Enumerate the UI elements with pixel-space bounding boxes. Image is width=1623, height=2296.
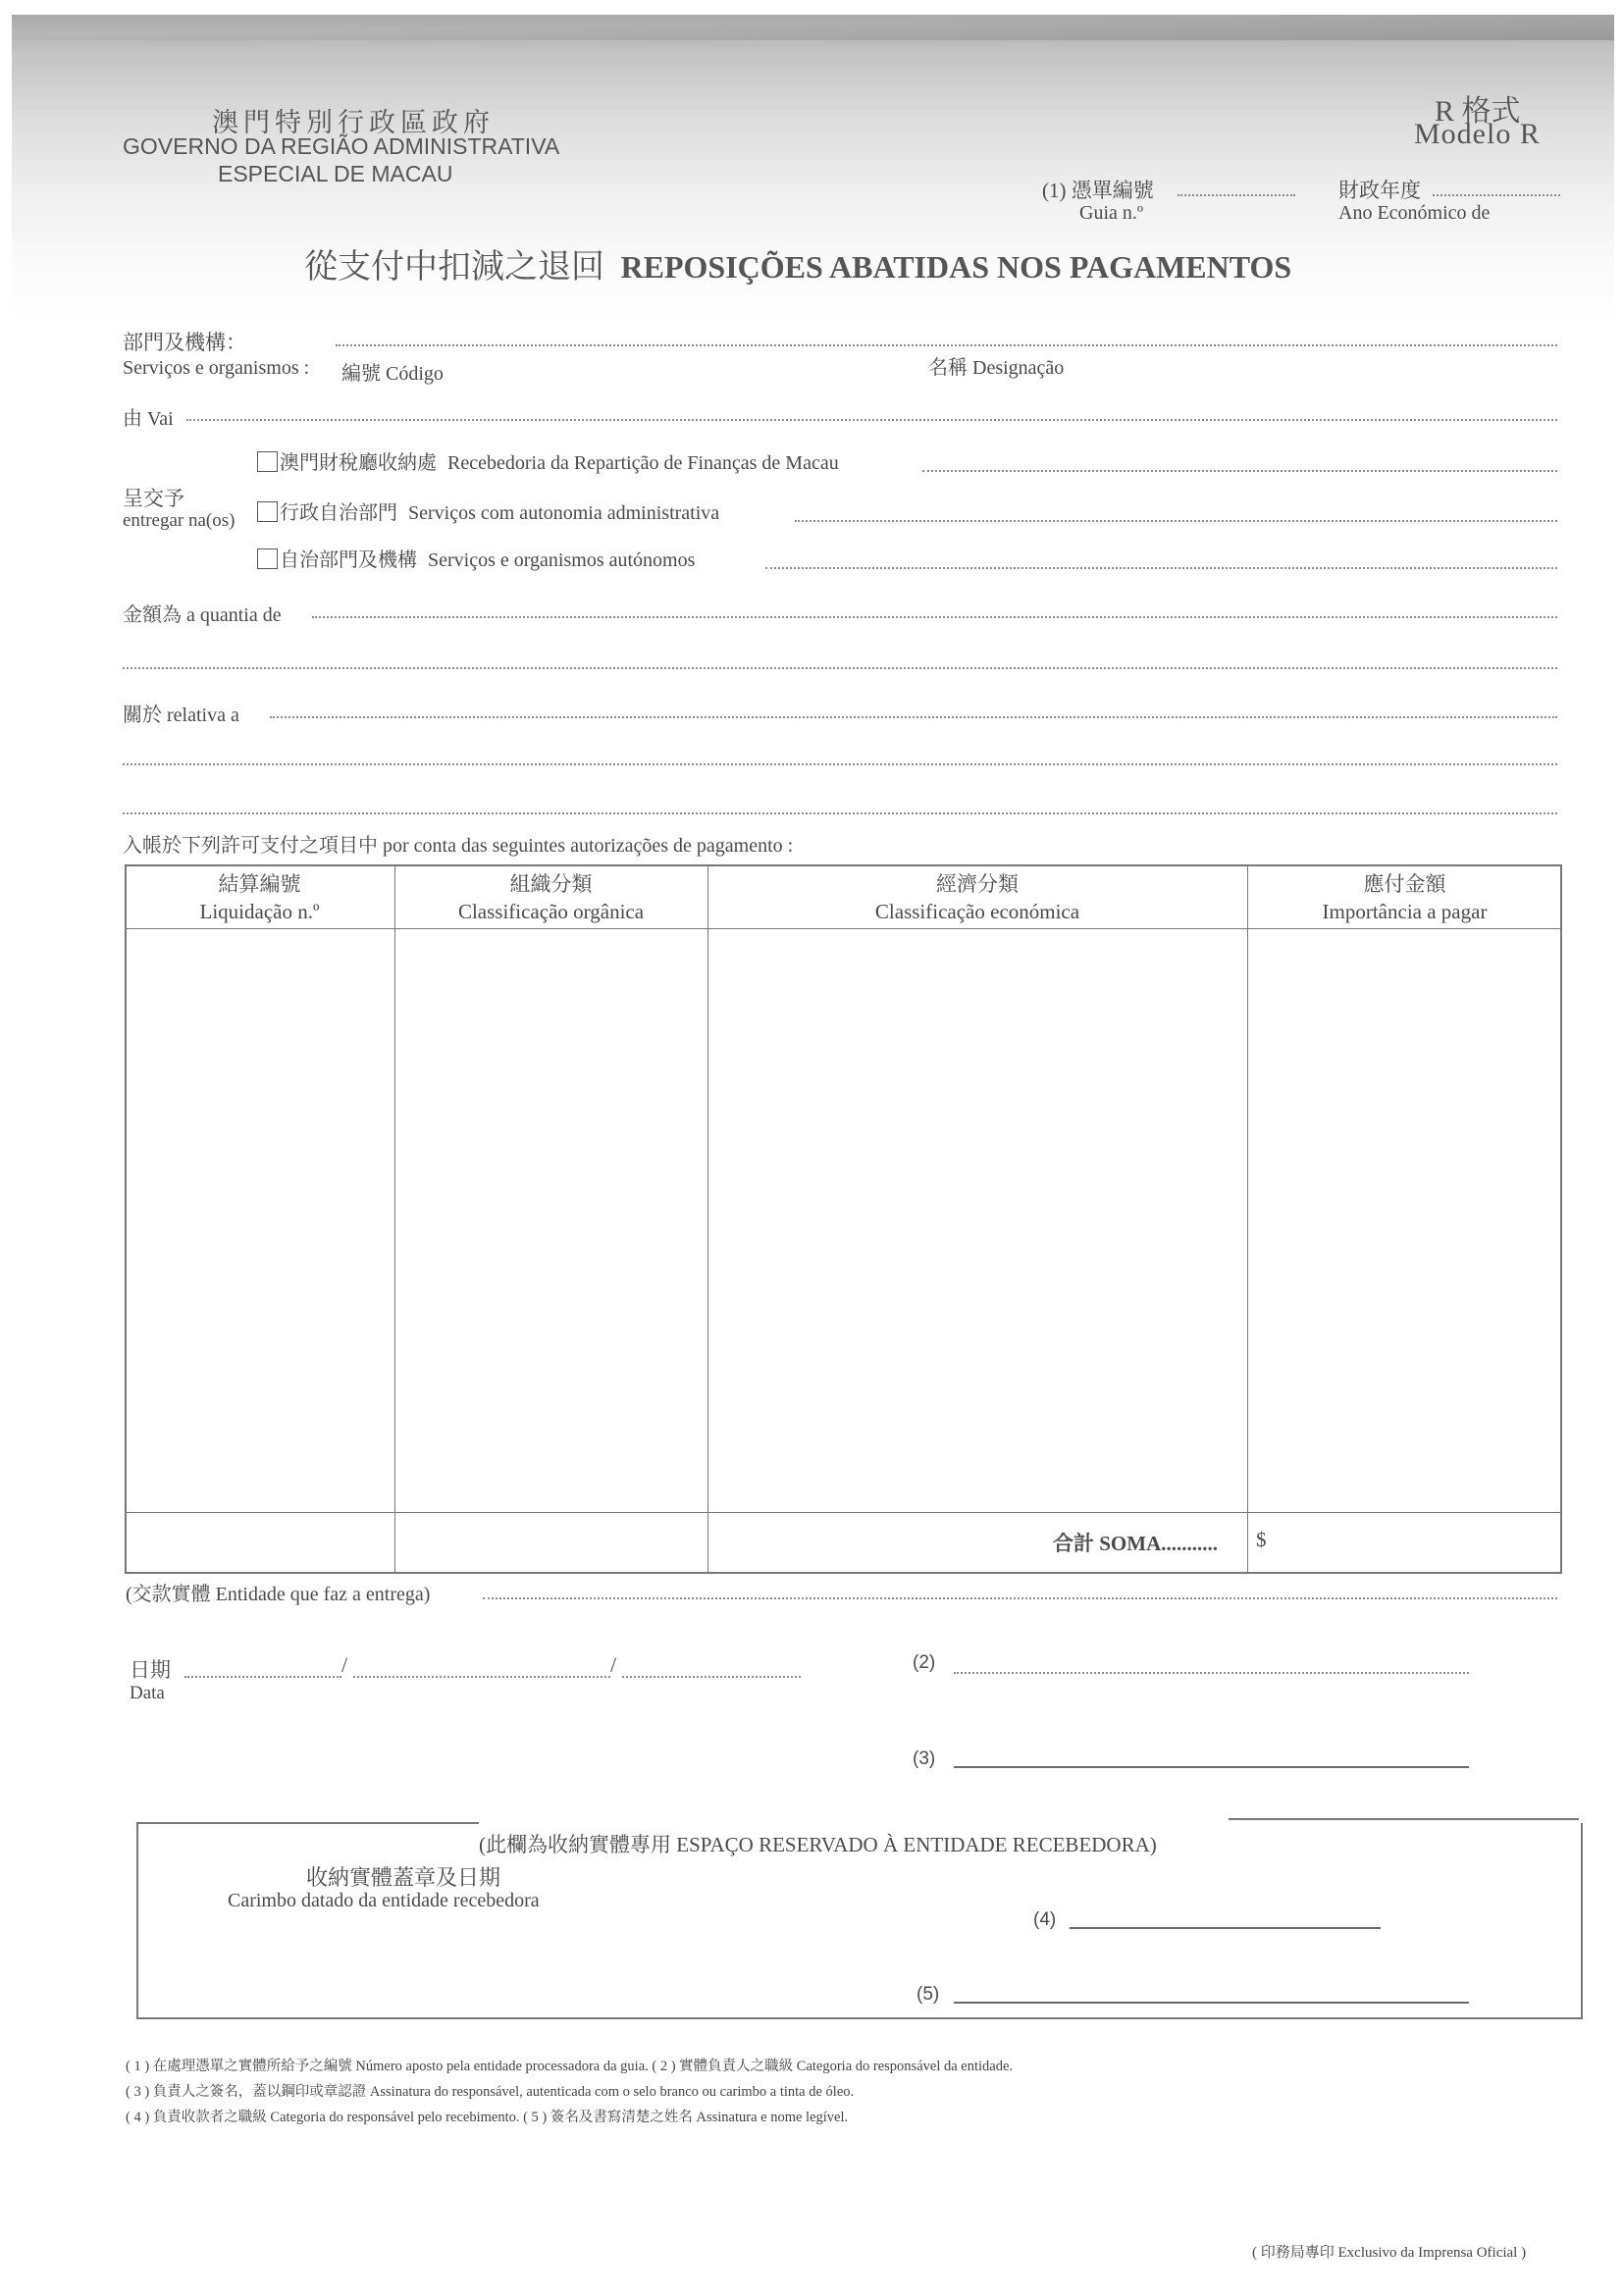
data-label-zh: 日期 <box>130 1654 171 1684</box>
column-header-pt: Liquidação n.º <box>125 898 394 925</box>
reserved-title: (此欄為收納實體專用 ESPAÇO RESERVADO À ENTIDADE R… <box>479 1829 1157 1858</box>
vai-field[interactable] <box>186 419 1557 421</box>
servicos-field[interactable] <box>336 344 1557 346</box>
column-header-zh: 結算編號 <box>125 870 394 898</box>
cell-organica[interactable] <box>396 930 707 1511</box>
autorizacoes-label: 入帳於下列許可支付之項目中 por conta das seguintes au… <box>123 829 793 858</box>
entregar-label-pt: entregar na(os) <box>123 510 235 532</box>
column-header-importancia: 應付金額 Importância a pagar <box>1247 870 1562 925</box>
table-header-divider <box>125 928 1562 929</box>
option-label-pt: Recebedoria da Repartição de Finanças de… <box>447 452 839 474</box>
column-header-zh: 應付金額 <box>1247 870 1562 898</box>
sig5-field[interactable] <box>954 2002 1469 2004</box>
column-header-economica: 經濟分類 Classificação económica <box>707 870 1247 925</box>
gov-name-portuguese-1: GOVERNO DA REGIÃO ADMINISTRATIVA <box>123 133 559 160</box>
stamp-area[interactable] <box>142 1923 829 2011</box>
soma-label: 合計 SOMA........... <box>1053 1528 1218 1557</box>
quantia-field[interactable] <box>312 616 1557 618</box>
sig5-label: (5) <box>916 1984 939 2006</box>
option-label-zh: 澳門財稅廳收納處 <box>280 452 437 474</box>
footnote-3: ( 3 ) 負責人之簽名，蓋以鋼印或章認證 Assinatura do resp… <box>126 2080 854 2101</box>
servicos-label-zh: 部門及機構： <box>123 327 246 356</box>
footnote-1-2: ( 1 ) 在處理憑單之實體所給予之編號 Número aposto pela … <box>126 2055 1013 2075</box>
vai-label: 由 Vai <box>123 402 174 431</box>
designacao-label: 名稱 Designação <box>928 351 1064 380</box>
relativa-field-line-2[interactable] <box>123 763 1557 765</box>
ano-label-pt: Ano Económico de <box>1338 202 1490 225</box>
date-separator-1: / <box>341 1652 347 1678</box>
guia-label-pt: Guia n.º <box>1079 202 1143 225</box>
table-col-divider-2 <box>707 864 708 1574</box>
entregar-option-autonomia[interactable]: 行政自治部門 Serviços com autonomia administra… <box>257 496 719 525</box>
option-label-zh: 行政自治部門 <box>280 502 397 524</box>
quantia-label: 金額為 a quantia de <box>123 599 282 627</box>
sig2-label: (2) <box>913 1652 935 1674</box>
servicos-label-pt: Serviços e organismos : <box>123 357 309 380</box>
autonomia-field[interactable] <box>795 520 1557 522</box>
column-header-organica: 組織分類 Classificação orgânica <box>394 870 707 925</box>
title-portuguese: REPOSIÇÕES ABATIDAS NOS PAGAMENTOS <box>621 249 1292 285</box>
checkbox-recebedoria[interactable] <box>257 451 278 472</box>
sig3-field[interactable] <box>954 1766 1469 1768</box>
date-month-field[interactable] <box>353 1676 610 1678</box>
column-header-zh: 組織分類 <box>394 870 707 898</box>
printer-note: ( 印務局專印 Exclusivo da Imprensa Oficial ) <box>1252 2241 1526 2262</box>
model-portuguese: Modelo R <box>1414 118 1541 151</box>
guia-label-zh: (1) 憑單編號 <box>1042 175 1154 204</box>
soma-currency: $ <box>1256 1528 1267 1552</box>
entregar-option-autonomos[interactable]: 自治部門及機構 Serviços e organismos autónomos <box>257 544 695 572</box>
column-header-pt: Classificação orgânica <box>394 898 707 925</box>
date-year-field[interactable] <box>622 1676 801 1678</box>
option-label-pt: Serviços e organismos autónomos <box>428 549 695 571</box>
carimbo-label-zh: 收納實體蓋章及日期 <box>306 1861 500 1892</box>
page-title: 從支付中扣減之退回 REPOSIÇÕES ABATIDAS NOS PAGAME… <box>304 239 1291 287</box>
codigo-label: 編號 Código <box>341 357 444 386</box>
quantia-field-line-2[interactable] <box>123 667 1557 669</box>
option-label-zh: 自治部門及機構 <box>280 549 417 571</box>
table-sum-divider <box>125 1512 1562 1513</box>
entregar-option-recebedoria[interactable]: 澳門財稅廳收納處 Recebedoria da Repartição de Fi… <box>257 446 839 475</box>
ano-label-zh: 財政年度 <box>1338 175 1421 204</box>
gov-name-portuguese-2: ESPECIAL DE MACAU <box>218 161 452 187</box>
cell-economica[interactable] <box>709 930 1246 1511</box>
date-day-field[interactable] <box>184 1676 341 1678</box>
table-col-divider-3 <box>1247 864 1248 1574</box>
option-label-pt: Serviços com autonomia administrativa <box>408 502 719 524</box>
entrega-field[interactable] <box>483 1597 1557 1599</box>
sig2-field[interactable] <box>954 1672 1469 1674</box>
sig3-label: (3) <box>913 1748 935 1770</box>
checkbox-autonomia[interactable] <box>257 501 278 522</box>
column-header-pt: Classificação económica <box>707 898 1247 925</box>
cell-liquidacao[interactable] <box>127 930 393 1511</box>
reserved-box-top-left <box>136 1822 479 1824</box>
table-col-divider-1 <box>394 864 395 1574</box>
column-header-zh: 經濟分類 <box>707 870 1247 898</box>
soma-amount-field[interactable] <box>1276 1516 1558 1570</box>
cell-importancia[interactable] <box>1249 930 1560 1511</box>
relativa-field[interactable] <box>270 716 1557 718</box>
recebedoria-field[interactable] <box>922 470 1557 472</box>
guia-number-field[interactable] <box>1178 194 1295 196</box>
date-separator-2: / <box>610 1652 616 1678</box>
autonomos-field[interactable] <box>765 567 1557 569</box>
sig4-field[interactable] <box>1070 1927 1381 1929</box>
entregar-label-zh: 呈交予 <box>123 483 184 512</box>
title-chinese: 從支付中扣減之退回 <box>304 249 604 286</box>
relativa-label: 關於 relativa a <box>123 699 239 727</box>
footnote-4-5: ( 4 ) 負責收款者之職級 Categoria do responsável … <box>126 2106 848 2126</box>
reserved-box-top-right <box>1229 1818 1579 1820</box>
sig4-label: (4) <box>1033 1909 1056 1931</box>
data-label-pt: Data <box>130 1683 165 1704</box>
column-header-liquidacao: 結算編號 Liquidação n.º <box>125 870 394 925</box>
checkbox-autonomos[interactable] <box>257 548 278 569</box>
entrega-label: (交款實體 Entidade que faz a entrega) <box>126 1578 430 1606</box>
ano-economico-field[interactable] <box>1433 194 1560 196</box>
carimbo-label-pt: Carimbo datado da entidade recebedora <box>228 1890 540 1912</box>
column-header-pt: Importância a pagar <box>1247 898 1562 925</box>
relativa-field-line-3[interactable] <box>123 812 1557 814</box>
